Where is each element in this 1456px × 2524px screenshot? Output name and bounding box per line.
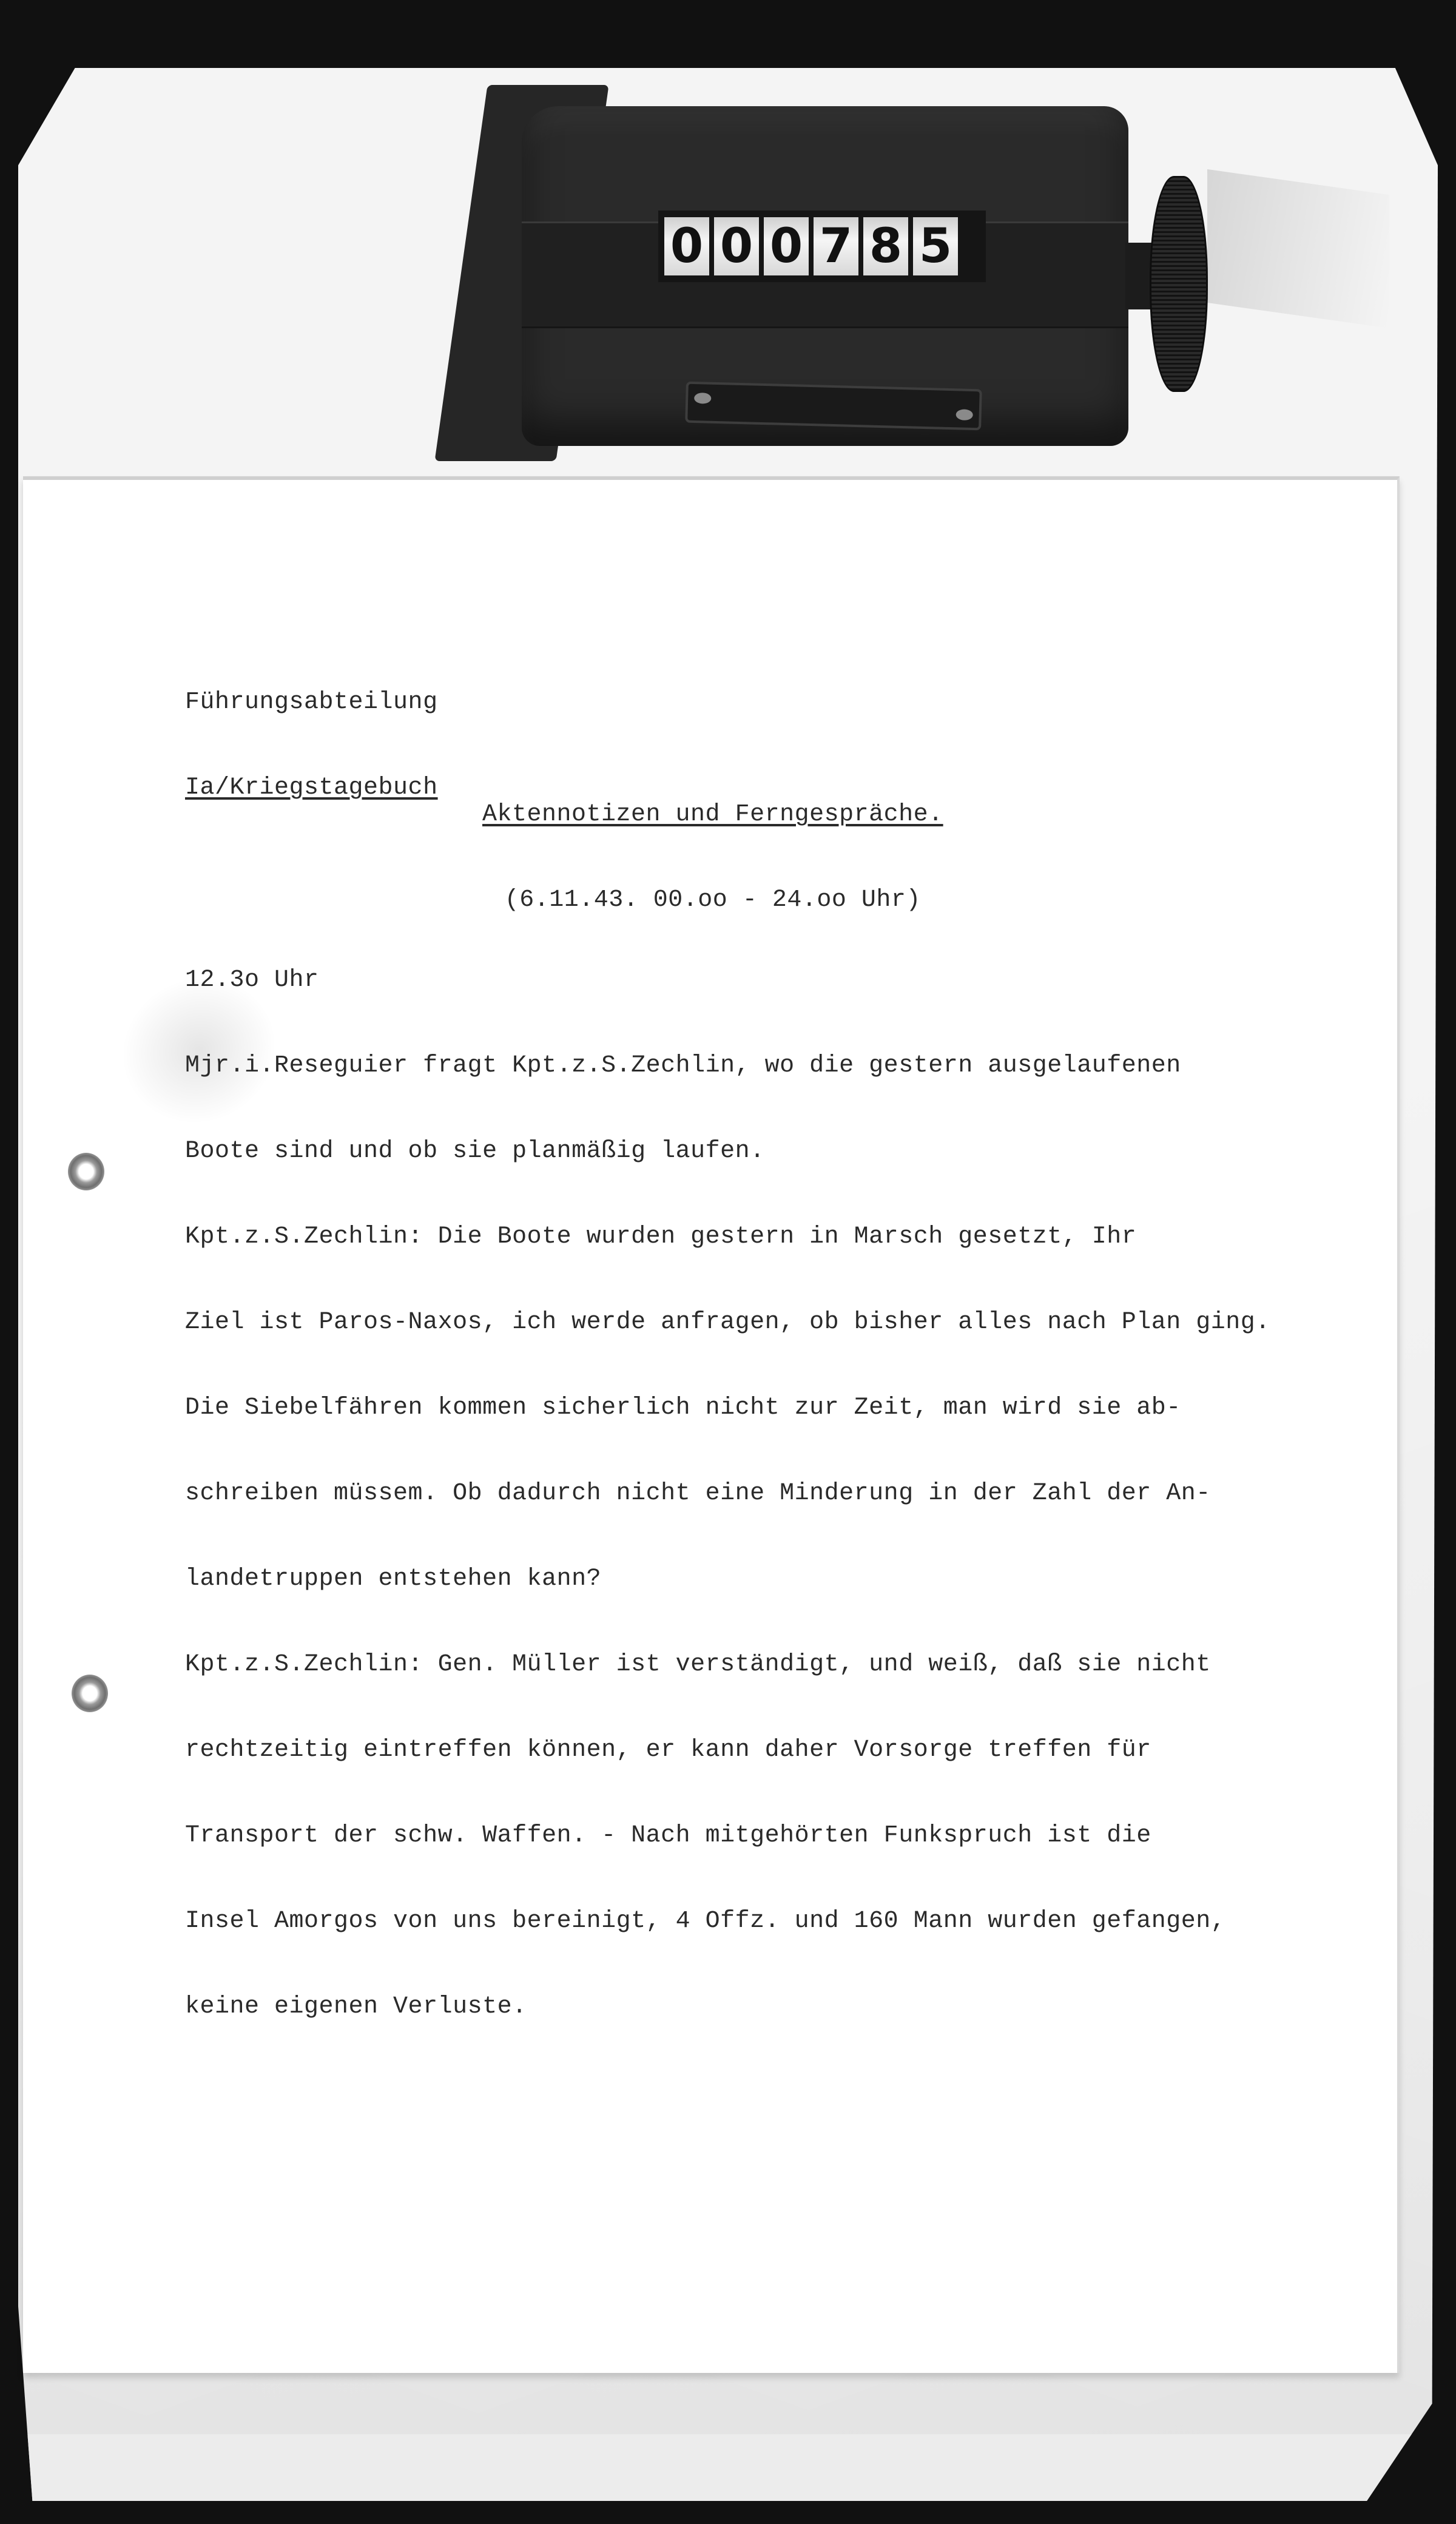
entry-line: Boote sind und ob sie planmäßig laufen. — [185, 1137, 1270, 1166]
counter-slot — [685, 382, 982, 431]
entry-line: Insel Amorgos von uns bereinigt, 4 Offz.… — [185, 1907, 1270, 1935]
counter-body: 0 0 0 7 8 5 — [522, 106, 1128, 446]
entry-line: rechtzeitig eintreffen können, er kann d… — [185, 1736, 1270, 1764]
counter-digit: 5 — [913, 217, 958, 275]
entry-line: Die Siebelfähren kommen sicherlich nicht… — [185, 1394, 1270, 1422]
entry-line: Kpt.z.S.Zechlin: Die Boote wurden gester… — [185, 1223, 1270, 1251]
department-name: Führungsabteilung — [185, 688, 438, 717]
entry-line: keine eigenen Verluste. — [185, 1993, 1270, 2021]
title-heading: Aktennotizen und Ferngespräche. — [482, 800, 943, 829]
counter-digit: 8 — [863, 217, 908, 275]
punch-hole-icon — [72, 1675, 108, 1712]
entry-line: Mjr.i.Reseguier fragt Kpt.z.S.Zechlin, w… — [185, 1051, 1270, 1080]
entry-line: Transport der schw. Waffen. - Nach mitge… — [185, 1821, 1270, 1850]
entry-time: 12.3o Uhr — [185, 966, 1270, 994]
entry-line: landetruppen entstehen kann? — [185, 1565, 1270, 1593]
punch-hole-icon — [68, 1153, 104, 1190]
entry-line: Ziel ist Paros-Naxos, ich werde anfragen… — [185, 1308, 1270, 1337]
section-name: Ia/Kriegstagebuch — [185, 774, 438, 802]
counter-shadow — [1207, 169, 1389, 328]
entry-line: Kpt.z.S.Zechlin: Gen. Müller ist verstän… — [185, 1650, 1270, 1679]
entry-line: schreiben müssem. Ob dadurch nicht eine … — [185, 1479, 1270, 1508]
counter-digit: 7 — [814, 217, 858, 275]
mount-bottom-edge — [18, 2434, 1438, 2501]
counter-digit: 0 — [764, 217, 809, 275]
entry-body: 12.3o Uhr Mjr.i.Reseguier fragt Kpt.z.S.… — [185, 909, 1270, 2050]
department-header: Führungsabteilung Ia/Kriegstagebuch — [185, 631, 438, 831]
counter-digit-window: 0 0 0 7 8 5 — [658, 211, 986, 282]
counter-digit: 0 — [664, 217, 709, 275]
counter-knob-icon — [1150, 176, 1208, 392]
counter-digit: 0 — [714, 217, 759, 275]
